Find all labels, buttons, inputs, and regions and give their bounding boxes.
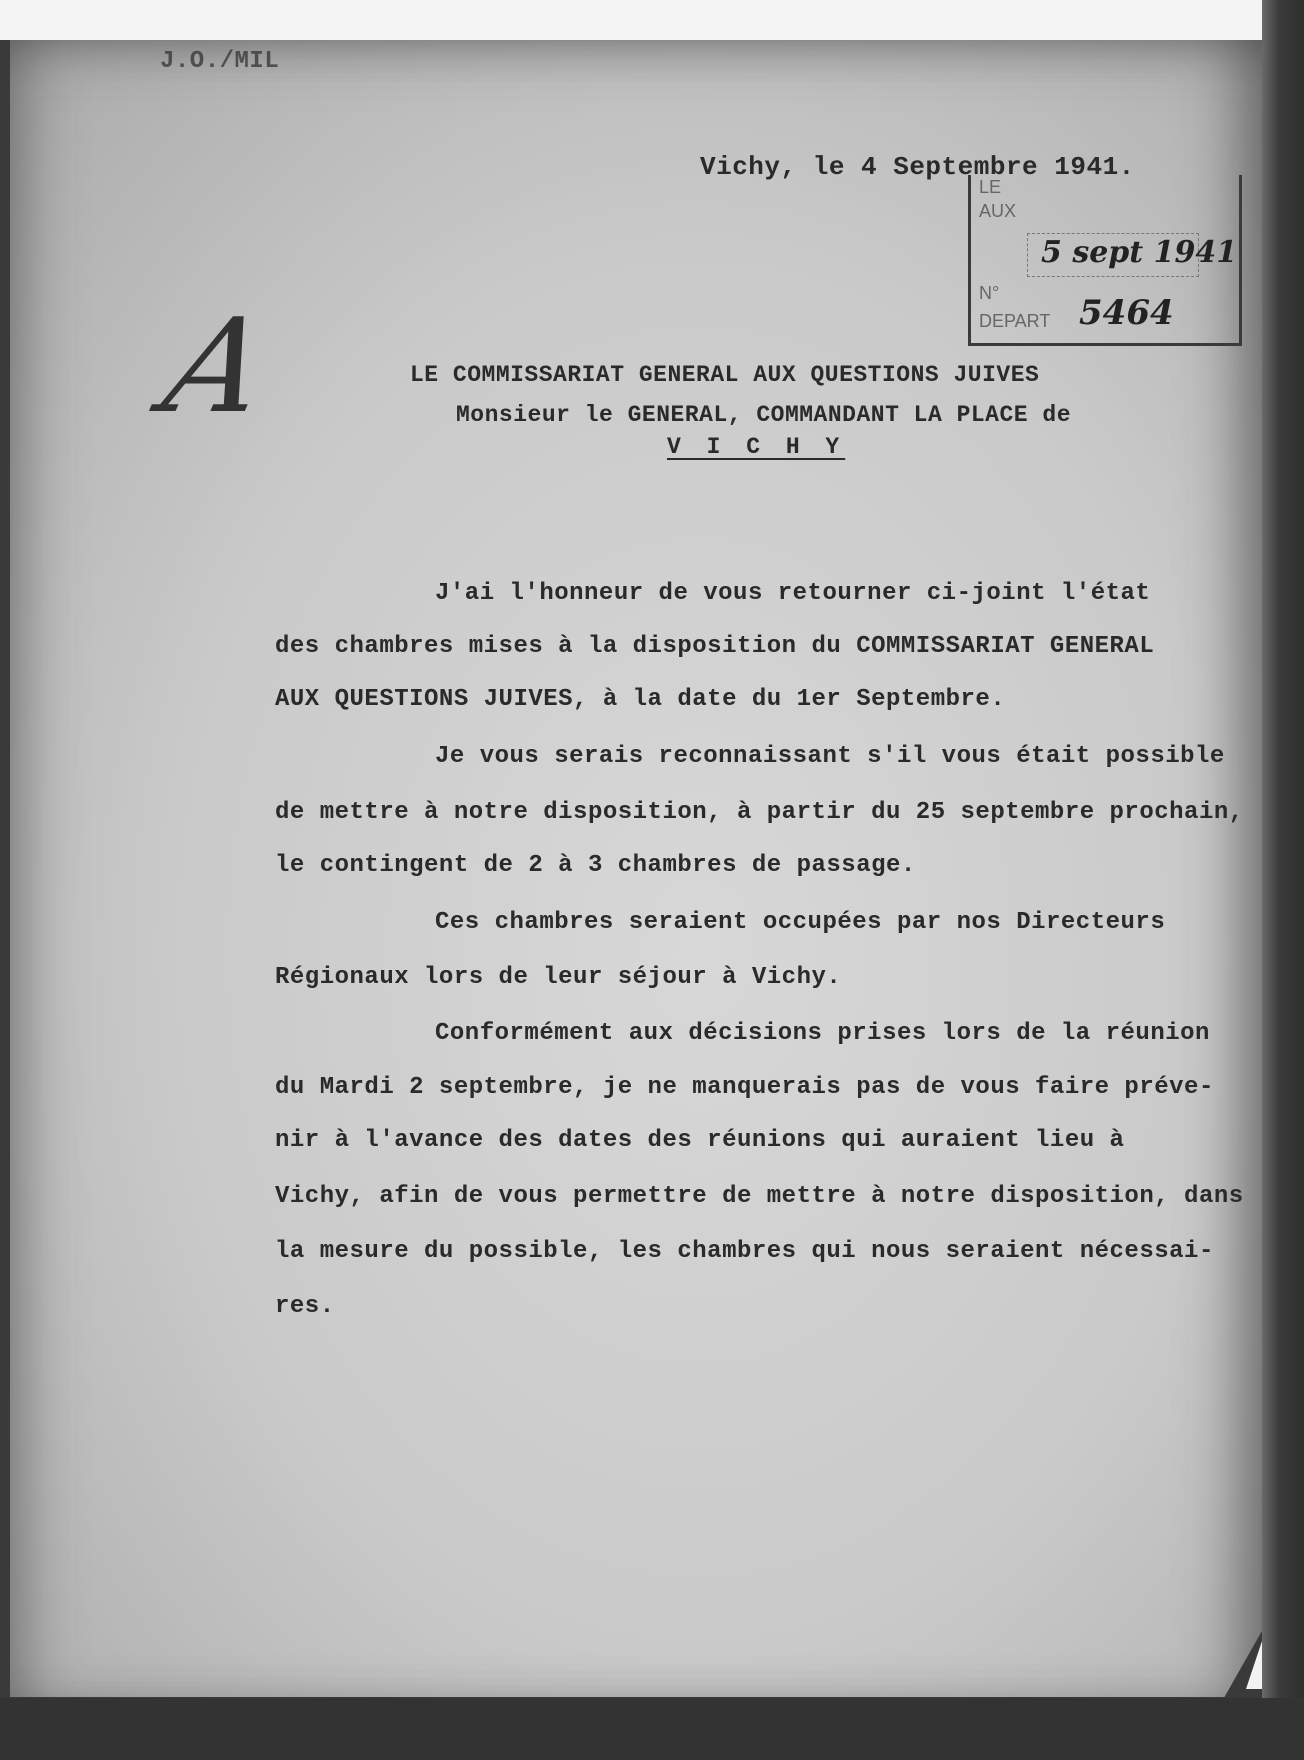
stamp-line-1: LE bbox=[979, 177, 1001, 198]
scan-background-bottom bbox=[0, 1698, 1304, 1760]
body-line: J'ai l'honneur de vous retourner ci-join… bbox=[435, 580, 1150, 607]
body-line: du Mardi 2 septembre, je ne manquerais p… bbox=[275, 1074, 1214, 1101]
reference-code: J.O./MIL bbox=[160, 48, 279, 75]
body-line: de mettre à notre disposition, à partir … bbox=[275, 799, 1244, 826]
stamp-depart-label: DEPART bbox=[979, 311, 1050, 332]
body-line: res. bbox=[275, 1293, 335, 1320]
scan-background-top bbox=[0, 0, 1262, 40]
body-line: le contingent de 2 à 3 chambres de passa… bbox=[275, 852, 916, 879]
body-line: nir à l'avance des dates des réunions qu… bbox=[275, 1127, 1124, 1154]
body-line: AUX QUESTIONS JUIVES, à la date du 1er S… bbox=[275, 686, 1005, 713]
stamp-received-date: 5 sept 1941 bbox=[1041, 235, 1237, 270]
stamp-number: 5464 bbox=[1079, 293, 1174, 333]
page-corner-fold bbox=[1246, 1641, 1262, 1689]
heading-recipient: Monsieur le GENERAL, COMMANDANT LA PLACE… bbox=[456, 402, 1071, 428]
heading-place: V I C H Y bbox=[667, 434, 845, 460]
stamp-no-label: N° bbox=[979, 283, 999, 304]
body-line: Je vous serais reconnaissant s'il vous é… bbox=[435, 743, 1225, 770]
scan-background-right bbox=[1262, 0, 1304, 1760]
body-line: Régionaux lors de leur séjour à Vichy. bbox=[275, 964, 841, 991]
stamp-line-2: AUX bbox=[979, 201, 1016, 222]
body-line: Ces chambres seraient occupées par nos D… bbox=[435, 909, 1165, 936]
body-line: Vichy, afin de vous permettre de mettre … bbox=[275, 1183, 1244, 1210]
body-line: Conformément aux décisions prises lors d… bbox=[435, 1020, 1210, 1047]
body-line: la mesure du possible, les chambres qui … bbox=[275, 1238, 1214, 1265]
received-stamp: LE AUX 5 sept 1941 N° DEPART 5464 bbox=[968, 175, 1242, 346]
heading-sender: LE COMMISSARIAT GENERAL AUX QUESTIONS JU… bbox=[410, 362, 1039, 388]
body-line: des chambres mises à la disposition du C… bbox=[275, 633, 1154, 660]
